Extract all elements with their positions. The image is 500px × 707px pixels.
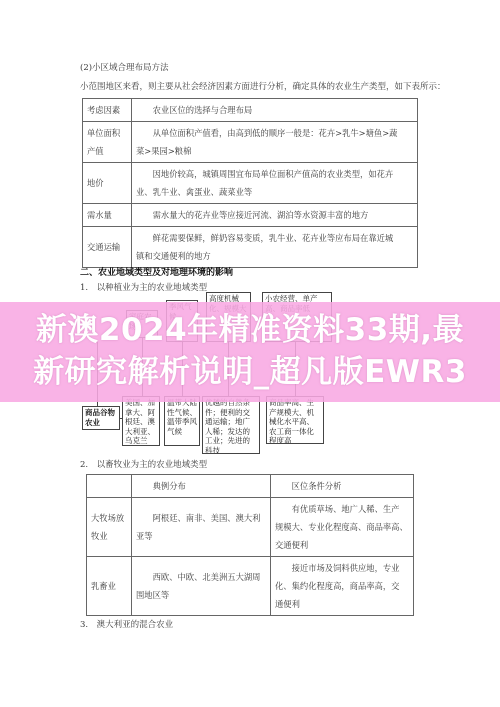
condition-cell: 有优质草场、地广人稀、生产 规模大、专业化程度高、商品率高、 交通便利 xyxy=(271,498,414,557)
description-cell: 鲜花需要保鲜，鲜奶容易变质，乳牛业、花卉业等应布局在靠近城 镇和交通便利的地方 xyxy=(132,227,418,268)
table-row: 地价 因地价较高，城镇周围宜布局单位面积产值高的农业类型，如花卉 业、乳牛业、禽… xyxy=(83,163,418,204)
description-cell: 需水量大的花卉业等应接近河流、湖泊等水资源丰富的地方 xyxy=(132,204,418,227)
table-header-cell: 区位条件分析 xyxy=(271,475,414,498)
diagram-root-box: 商品谷物农业 xyxy=(82,406,120,430)
section-heading: 二、农业地域类型及对地理环境的影响 xyxy=(80,265,233,278)
table-row: 乳畜业 西欧、中欧、北美洲五大湖周 围地区等 接近市场及饲料供应地，专业 化、集… xyxy=(87,557,414,616)
subheading-livestock: 2. 以畜牧业为主的农业地域类型 xyxy=(80,460,207,471)
table-row: 交通运输 鲜花需要保鲜，鲜奶容易变质，乳牛业、花卉业等应布局在靠近城 镇和交通便… xyxy=(83,227,418,268)
promo-banner: 新澳2024年精准资料33期,最 新研究解析说明_超凡版EWR3 xyxy=(0,302,500,402)
description-line: 菜>果园>粮棉 xyxy=(136,142,413,160)
table-header-row: 考虑因素 农业区位的选择与合理布局 xyxy=(83,99,418,122)
description-line: 因地价较高，城镇周围宜布局单位面积产值高的农业类型，如花卉 xyxy=(136,165,413,183)
section-title: (2)小区域合理布局方法 xyxy=(80,63,169,74)
factor-cell: 地价 xyxy=(83,163,132,204)
description-line: 业、乳牛业、禽蛋业、蔬菜业等 xyxy=(136,183,413,201)
factor-cell: 单位面积产值 xyxy=(83,122,132,163)
banner-line-2: 新研究解析说明_超凡版EWR3 xyxy=(0,352,500,392)
condition-line: 通便利 xyxy=(275,595,409,613)
description-line: 鲜花需要保鲜，鲜奶容易变质，乳牛业、花卉业等应布局在靠近城 xyxy=(136,229,413,247)
diagram-bottom-box: 美国、加拿大、阿根廷、澳大利亚、乌克兰 xyxy=(122,396,160,446)
diagram-bottom-box: 温带大陆性气候、温带季风气候 xyxy=(164,396,200,446)
distribution-line: 西欧、中欧、北美洲五大湖周 xyxy=(136,568,266,586)
subheading-mixed-farming: 3. 澳大利亚的混合农业 xyxy=(80,620,173,631)
location-factors-table: 考虑因素 农业区位的选择与合理布局 单位面积产值 从单位面积产值看，由高到低的顺… xyxy=(82,98,418,268)
diagram-bottom-box: 优越的自然条件；便利的交通运输；地广人稀；发达的工业；先进的科技 xyxy=(202,396,260,454)
intro-paragraph: 小范围地区来看，则主要从社会经济因素方面进行分析，确定具体的农业生产类型，如下表… xyxy=(80,82,446,93)
banner-line-1: 新澳2024年精准资料33期,最 xyxy=(0,310,500,350)
description-cell: 因地价较高，城镇周围宜布局单位面积产值高的农业类型，如花卉 业、乳牛业、禽蛋业、… xyxy=(132,163,418,204)
diagram-bottom-box: 商品率高、生产规模大、机械化水平高、农工商一体化程度高 xyxy=(266,396,324,444)
description-line: 镇和交通便利的地方 xyxy=(136,247,413,265)
type-cell: 大牧场放牧业 xyxy=(87,498,132,557)
distribution-line: 亚等 xyxy=(136,527,266,545)
table-row: 单位面积产值 从单位面积产值看，由高到低的顺序一般是：花卉>乳牛>塘鱼>蔬 菜>… xyxy=(83,122,418,163)
table-header-row: 典例分布 区位条件分析 xyxy=(87,475,414,498)
distribution-cell: 西欧、中欧、北美洲五大湖周 围地区等 xyxy=(132,557,271,616)
table-row: 大牧场放牧业 阿根廷、南非、美国、澳大利 亚等 有优质草场、地广人稀、生产 规模… xyxy=(87,498,414,557)
table-header-cell: 考虑因素 xyxy=(83,99,132,122)
type-cell: 乳畜业 xyxy=(87,557,132,616)
condition-line: 规模大、专业化程度高、商品率高、 xyxy=(275,518,409,536)
description-line: 从单位面积产值看，由高到低的顺序一般是：花卉>乳牛>塘鱼>蔬 xyxy=(136,124,413,142)
condition-line: 化、集约化程度高，商品率高，交 xyxy=(275,577,409,595)
description-cell: 从单位面积产值看，由高到低的顺序一般是：花卉>乳牛>塘鱼>蔬 菜>果园>粮棉 xyxy=(132,122,418,163)
factor-cell: 交通运输 xyxy=(83,227,132,268)
distribution-line: 围地区等 xyxy=(136,586,266,604)
table-header-cell: 典例分布 xyxy=(132,475,271,498)
condition-line: 有优质草场、地广人稀、生产 xyxy=(275,500,409,518)
subheading-planting: 1. 以种植业为主的农业地域类型 xyxy=(80,283,207,294)
table-header-cell xyxy=(87,475,132,498)
distribution-line: 阿根廷、南非、美国、澳大利 xyxy=(136,509,266,527)
distribution-cell: 阿根廷、南非、美国、澳大利 亚等 xyxy=(132,498,271,557)
table-row: 需水量 需水量大的花卉业等应接近河流、湖泊等水资源丰富的地方 xyxy=(83,204,418,227)
condition-line: 接近市场及饲料供应地，专业 xyxy=(275,559,409,577)
condition-line: 交通便利 xyxy=(275,536,409,554)
livestock-table: 典例分布 区位条件分析 大牧场放牧业 阿根廷、南非、美国、澳大利 亚等 有优质草… xyxy=(86,474,414,616)
factor-cell: 需水量 xyxy=(83,204,132,227)
table-header-cell: 农业区位的选择与合理布局 xyxy=(132,99,418,122)
condition-cell: 接近市场及饲料供应地，专业 化、集约化程度高，商品率高，交 通便利 xyxy=(271,557,414,616)
